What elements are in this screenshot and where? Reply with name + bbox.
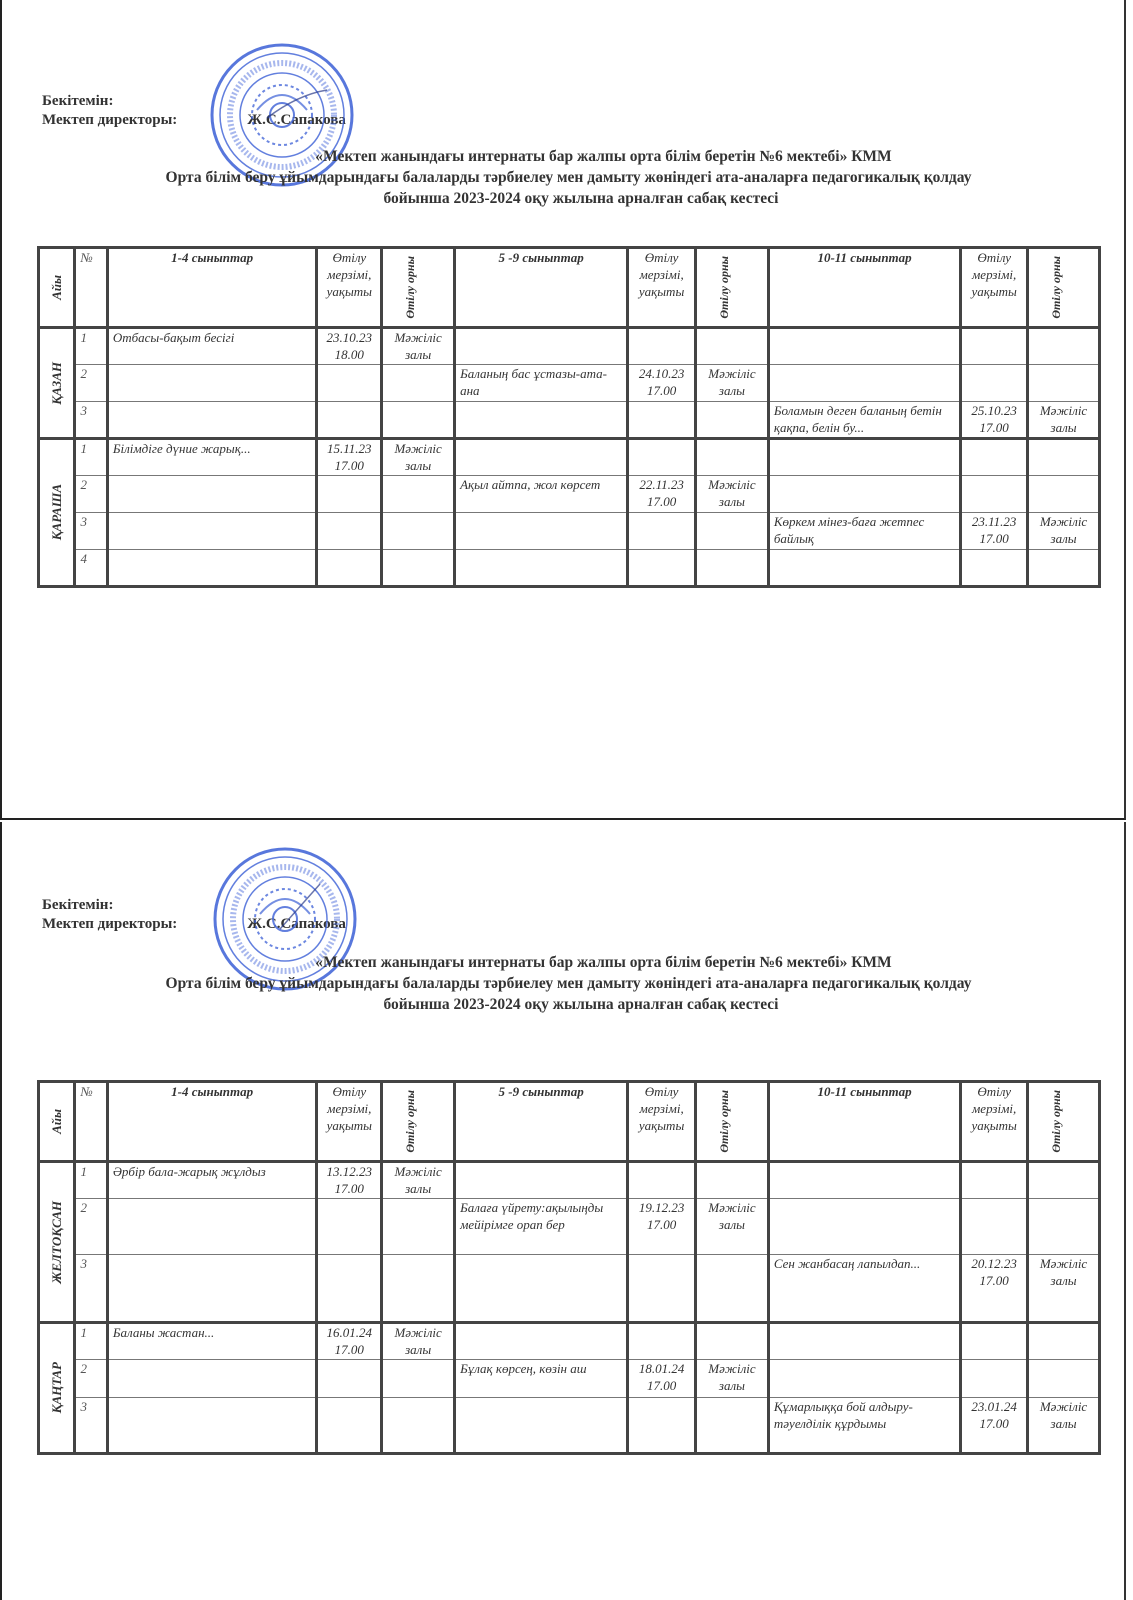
place-cell: Мәжіліс залы bbox=[696, 1360, 769, 1398]
row-number: 1 bbox=[75, 1162, 107, 1199]
table-row: 3 Көркем мінез-баға жетпес байлық 23.11.… bbox=[39, 513, 1100, 550]
table-row: ҚАРАША 1 Білімдіге дүние жарық... 15.11.… bbox=[39, 439, 1100, 476]
document-title: «Мектеп жанындағы интернаты бар жалпы ор… bbox=[2, 952, 1133, 1015]
col-date-1: Өтілу мерзімі, уақыты bbox=[317, 1082, 382, 1162]
month-zheltoksan: ЖЕЛТОҚСАН bbox=[48, 1201, 65, 1284]
document-title: «Мектеп жанындағы интернаты бар жалпы ор… bbox=[2, 146, 1133, 209]
col-place-1: Өтілу орны bbox=[403, 1090, 433, 1153]
date-cell: 23.11.23 17.00 bbox=[961, 513, 1028, 550]
col-month: Айы bbox=[48, 275, 65, 300]
place-cell: Мәжіліс залы bbox=[382, 1162, 455, 1199]
col-date-3: Өтілу мерзімі, уақыты bbox=[961, 248, 1028, 328]
date-cell: 23.10.23 18.00 bbox=[317, 328, 382, 365]
row-number: 3 bbox=[75, 402, 107, 439]
topic-cell: Әрбір бала-жарық жұлдыз bbox=[107, 1162, 317, 1199]
topic-cell: Бұлақ көрсең, көзін аш bbox=[455, 1360, 628, 1398]
place-cell: Мәжіліс залы bbox=[1028, 1398, 1100, 1454]
title-line-3: бойынша 2023-2024 оқу жылына арналған са… bbox=[2, 994, 1133, 1015]
approval-position: Мектеп директоры: bbox=[42, 916, 177, 932]
table-row: 2 Балаға үйрету:ақылыңды мейірімге орап … bbox=[39, 1199, 1100, 1255]
place-cell: Мәжіліс залы bbox=[382, 328, 455, 365]
month-kazan: ҚАЗАН bbox=[48, 362, 65, 405]
row-number: 2 bbox=[75, 1360, 107, 1398]
title-line-1: «Мектеп жанындағы интернаты бар жалпы ор… bbox=[2, 146, 1133, 167]
col-num: № bbox=[75, 1082, 107, 1162]
topic-cell: Балаға үйрету:ақылыңды мейірімге орап бе… bbox=[455, 1199, 628, 1255]
table-row: 2 Ақыл айтпа, жол көрсет 22.11.23 17.00 … bbox=[39, 476, 1100, 513]
table-row: 4 bbox=[39, 550, 1100, 587]
topic-cell: Сен жанбасаң лапылдап... bbox=[768, 1255, 960, 1323]
col-date-1: Өтілу мерзімі, уақыты bbox=[317, 248, 382, 328]
col-num: № bbox=[75, 248, 107, 328]
document-page-2: Бекітемін: Мектеп директоры:Ж.С.Сапакова… bbox=[0, 822, 1126, 1600]
row-number: 3 bbox=[75, 1255, 107, 1323]
topic-cell: Құмарлыққа бой алдыру-тәуелділік құрдымы bbox=[768, 1398, 960, 1454]
col-grades-1-4: 1-4 сыныптар bbox=[107, 1082, 317, 1162]
table-row: 2 Бұлақ көрсең, көзін аш 18.01.24 17.00 … bbox=[39, 1360, 1100, 1398]
col-grades-10-11: 10-11 сыныптар bbox=[768, 1082, 960, 1162]
title-line-2: Орта білім беру ұйымдарындағы балаларды … bbox=[2, 167, 1133, 188]
place-cell: Мәжіліс залы bbox=[1028, 513, 1100, 550]
date-cell: 20.12.23 17.00 bbox=[961, 1255, 1028, 1323]
date-cell: 22.11.23 17.00 bbox=[628, 476, 696, 513]
table-row: 3 Құмарлыққа бой алдыру-тәуелділік құрды… bbox=[39, 1398, 1100, 1454]
col-place-2: Өтілу орны bbox=[717, 1090, 747, 1153]
place-cell: Мәжіліс залы bbox=[1028, 402, 1100, 439]
date-cell: 25.10.23 17.00 bbox=[961, 402, 1028, 439]
date-cell: 23.01.24 17.00 bbox=[961, 1398, 1028, 1454]
col-date-2: Өтілу мерзімі, уақыты bbox=[628, 1082, 696, 1162]
topic-cell: Ақыл айтпа, жол көрсет bbox=[455, 476, 628, 513]
header-row: Айы № 1-4 сыныптар Өтілу мерзімі, уақыты… bbox=[39, 1082, 1100, 1162]
table-row: 3 Сен жанбасаң лапылдап... 20.12.23 17.0… bbox=[39, 1255, 1100, 1323]
topic-cell: Баланы жастан... bbox=[107, 1323, 317, 1360]
place-cell: Мәжіліс залы bbox=[382, 1323, 455, 1360]
header-row: Айы № 1-4 сыныптар Өтілу мерзімі, уақыты… bbox=[39, 248, 1100, 328]
row-number: 2 bbox=[75, 365, 107, 402]
table-row: 2 Баланың бас ұстазы-ата-ана 24.10.23 17… bbox=[39, 365, 1100, 402]
schedule-table: Айы № 1-4 сыныптар Өтілу мерзімі, уақыты… bbox=[37, 1080, 1101, 1455]
col-grades-10-11: 10-11 сыныптар bbox=[768, 248, 960, 328]
month-kantar: ҚАҢТАР bbox=[48, 1362, 65, 1413]
col-place-3: Өтілу орны bbox=[1049, 256, 1079, 319]
col-place-3: Өтілу орны bbox=[1049, 1090, 1079, 1153]
col-grades-1-4: 1-4 сыныптар bbox=[107, 248, 317, 328]
col-date-2: Өтілу мерзімі, уақыты bbox=[628, 248, 696, 328]
table-row: ҚАҢТАР 1 Баланы жастан... 16.01.24 17.00… bbox=[39, 1323, 1100, 1360]
col-place-1: Өтілу орны bbox=[403, 256, 433, 319]
title-line-1: «Мектеп жанындағы интернаты бар жалпы ор… bbox=[2, 952, 1133, 973]
topic-cell: Білімдіге дүние жарық... bbox=[107, 439, 317, 476]
table-row: 3 Боламын деген баланың бетін қақпа, бел… bbox=[39, 402, 1100, 439]
schedule-table: Айы № 1-4 сыныптар Өтілу мерзімі, уақыты… bbox=[37, 246, 1101, 588]
row-number: 3 bbox=[75, 1398, 107, 1454]
place-cell: Мәжіліс залы bbox=[696, 476, 769, 513]
row-number: 1 bbox=[75, 439, 107, 476]
row-number: 2 bbox=[75, 476, 107, 513]
title-line-2: Орта білім беру ұйымдарындағы балаларды … bbox=[2, 973, 1133, 994]
title-line-3: бойынша 2023-2024 оқу жылына арналған са… bbox=[2, 188, 1133, 209]
place-cell: Мәжіліс залы bbox=[382, 439, 455, 476]
place-cell: Мәжіліс залы bbox=[1028, 1255, 1100, 1323]
row-number: 4 bbox=[75, 550, 107, 587]
col-date-3: Өтілу мерзімі, уақыты bbox=[961, 1082, 1028, 1162]
row-number: 1 bbox=[75, 328, 107, 365]
col-grades-5-9: 5 -9 сыныптар bbox=[455, 248, 628, 328]
table-row: ҚАЗАН 1 Отбасы-бақыт бесігі 23.10.23 18.… bbox=[39, 328, 1100, 365]
table-row: ЖЕЛТОҚСАН 1 Әрбір бала-жарық жұлдыз 13.1… bbox=[39, 1162, 1100, 1199]
document-page-1: Бекітемін: Мектеп директоры:Ж.С.Сапакова… bbox=[0, 0, 1126, 820]
topic-cell: Көркем мінез-баға жетпес байлық bbox=[768, 513, 960, 550]
date-cell: 18.01.24 17.00 bbox=[628, 1360, 696, 1398]
place-cell: Мәжіліс залы bbox=[696, 365, 769, 402]
row-number: 3 bbox=[75, 513, 107, 550]
month-karasha: ҚАРАША bbox=[48, 484, 65, 540]
topic-cell: Баланың бас ұстазы-ата-ана bbox=[455, 365, 628, 402]
approval-position: Мектеп директоры: bbox=[42, 112, 177, 128]
col-grades-5-9: 5 -9 сыныптар bbox=[455, 1082, 628, 1162]
col-month: Айы bbox=[48, 1109, 65, 1134]
date-cell: 19.12.23 17.00 bbox=[628, 1199, 696, 1255]
col-place-2: Өтілу орны bbox=[717, 256, 747, 319]
date-cell: 15.11.23 17.00 bbox=[317, 439, 382, 476]
topic-cell: Отбасы-бақыт бесігі bbox=[107, 328, 317, 365]
date-cell: 24.10.23 17.00 bbox=[628, 365, 696, 402]
topic-cell: Боламын деген баланың бетін қақпа, белін… bbox=[768, 402, 960, 439]
place-cell: Мәжіліс залы bbox=[696, 1199, 769, 1255]
date-cell: 16.01.24 17.00 bbox=[317, 1323, 382, 1360]
row-number: 1 bbox=[75, 1323, 107, 1360]
date-cell: 13.12.23 17.00 bbox=[317, 1162, 382, 1199]
row-number: 2 bbox=[75, 1199, 107, 1255]
